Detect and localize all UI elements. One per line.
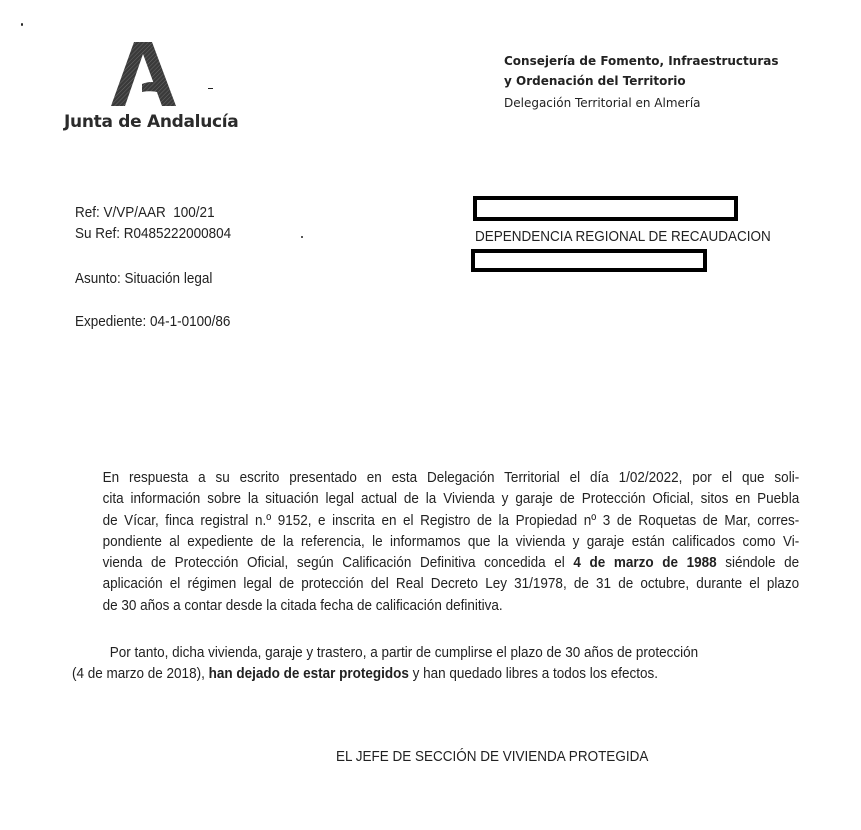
reference-block: Ref: V/VP/AAR 100/21 Su Ref: R0485222000… (75, 204, 231, 334)
recipient-department: DEPENDENCIA REGIONAL DE RECAUDACION (475, 228, 771, 245)
body-line: En respuesta a su escrito presentado en … (72, 467, 799, 488)
body-line: Por tanto, dicha vivienda, garaje y tras… (72, 642, 799, 663)
logo-text: Junta de Andalucía (64, 112, 238, 132)
andalucia-a-icon (108, 40, 188, 110)
protection-status: han dejado de estar protegidos (209, 665, 409, 682)
scan-speck (21, 23, 23, 26)
body-line: (4 de marzo de 2018), han dejado de esta… (72, 663, 799, 684)
body-line: pondiente al expediente de la referencia… (72, 531, 799, 552)
our-reference: Ref: V/VP/AAR 100/21 (75, 204, 231, 225)
subject: Asunto: Situación legal (75, 270, 231, 291)
department-name-line2: y Ordenación del Territorio (504, 71, 778, 91)
redacted-recipient-address (471, 249, 707, 272)
body-line: aplicación el régimen legal de protecció… (72, 573, 799, 594)
redacted-recipient-name (473, 196, 738, 221)
body-line: de 30 años a contar desde la citada fech… (72, 595, 799, 616)
signature-title: EL JEFE DE SECCIÓN DE VIVIENDA PROTEGIDA (336, 748, 648, 765)
your-reference: Su Ref: R0485222000804 (75, 225, 231, 246)
body-line: cita información sobre la situación lega… (72, 488, 799, 509)
paragraph-conclusion: Por tanto, dicha vivienda, garaje y tras… (72, 642, 799, 685)
file-number: Expediente: 04-1-0100/86 (75, 313, 231, 334)
qualification-date: 4 de marzo de 1988 (573, 554, 716, 571)
junta-de-andalucia-logo: Junta de Andalucía (64, 40, 234, 140)
body-line: de Vícar, finca registral n.º 9152, e in… (72, 510, 799, 531)
scan-speck (301, 236, 303, 238)
paragraph-response: En respuesta a su escrito presentado en … (72, 467, 799, 616)
body-line: vienda de Protección Oficial, según Cali… (72, 552, 799, 573)
letter-page: Junta de Andalucía Consejería de Fomento… (0, 0, 861, 830)
letter-body: En respuesta a su escrito presentado en … (72, 467, 799, 685)
department-header: Consejería de Fomento, Infraestructuras … (504, 51, 778, 113)
delegation-name: Delegación Territorial en Almería (504, 93, 778, 113)
department-name-line1: Consejería de Fomento, Infraestructuras (504, 51, 778, 71)
